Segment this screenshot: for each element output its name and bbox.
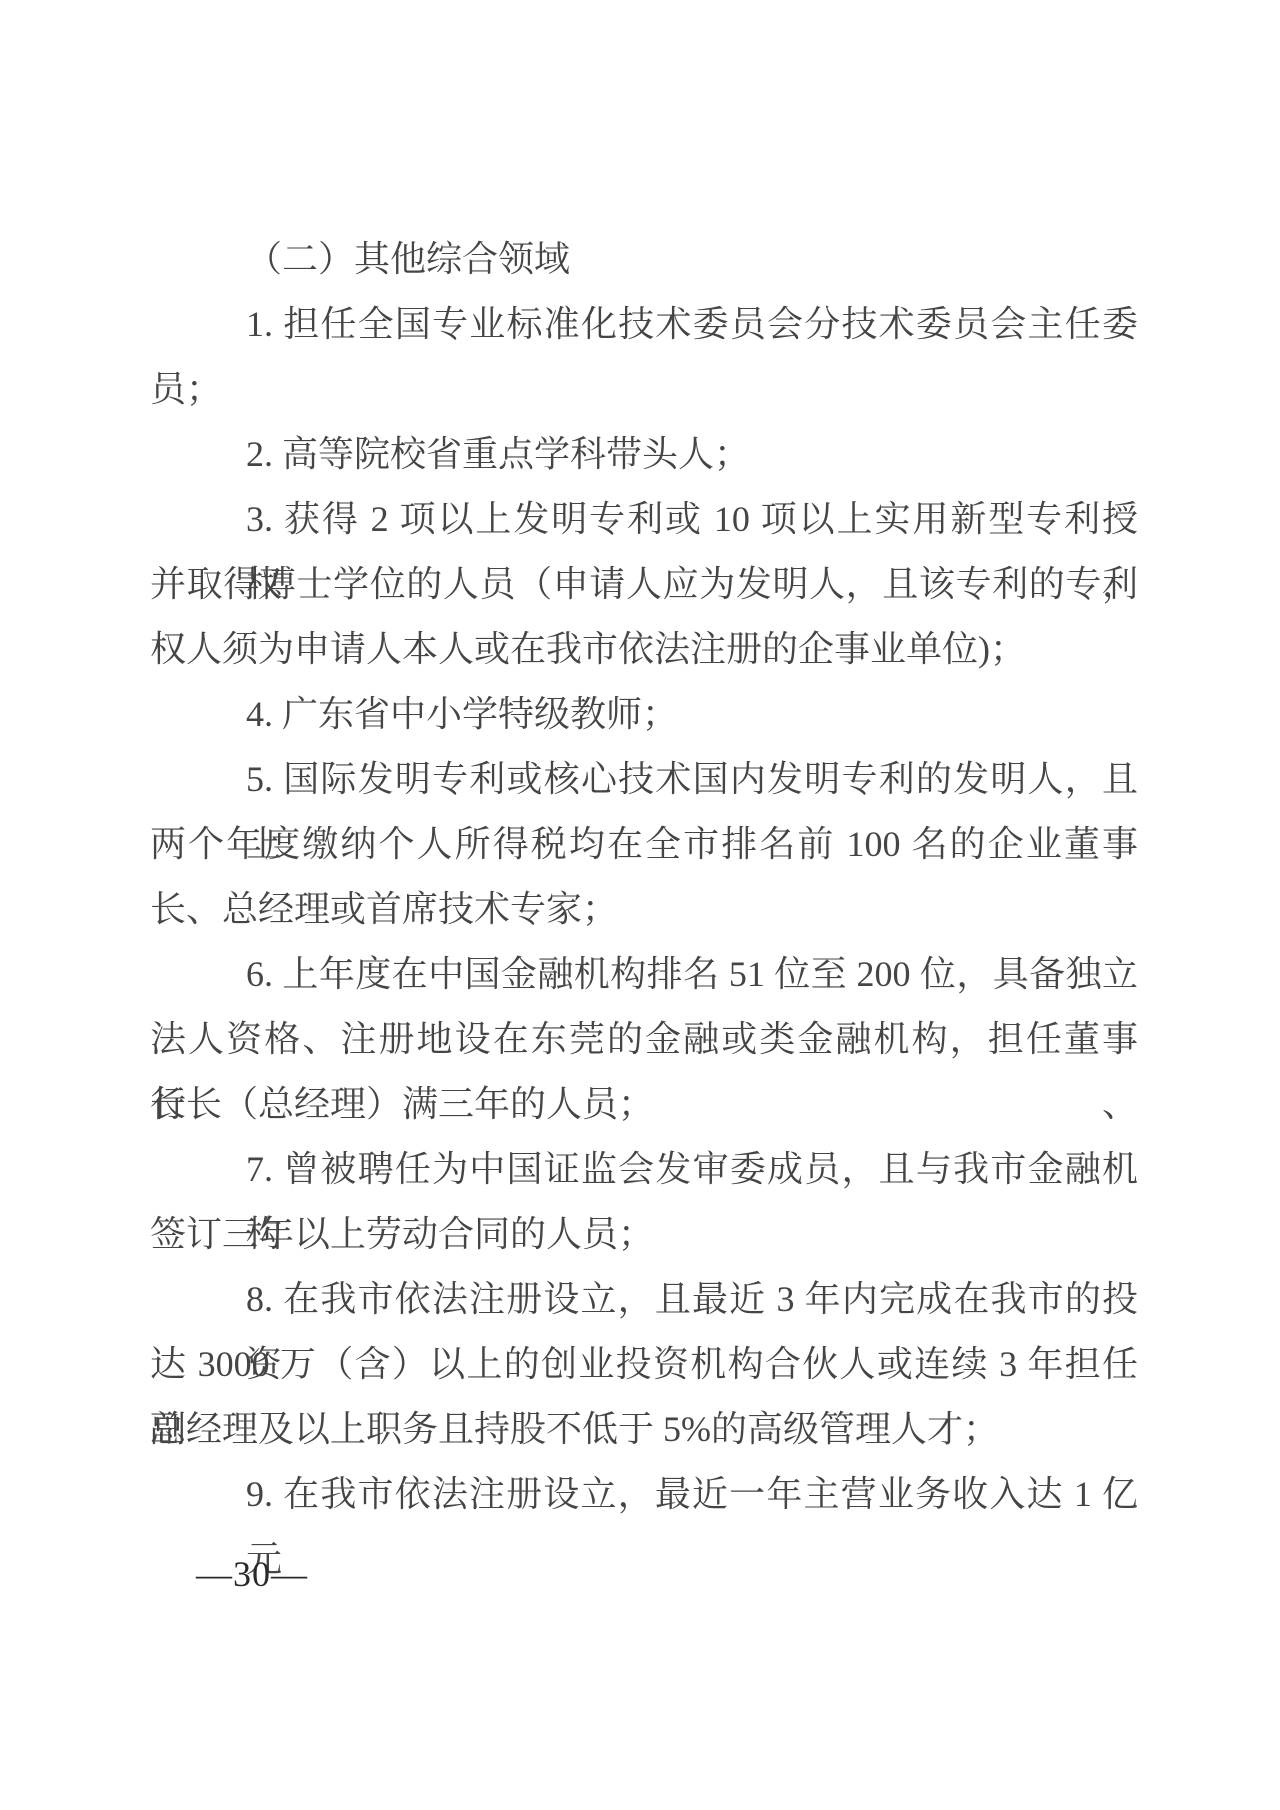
page-number: —30— bbox=[196, 1553, 308, 1595]
clause-3-line-3: 权人须为申请人本人或在我市依法注册的企事业单位)； bbox=[150, 617, 1138, 682]
document-page: （二）其他综合领域 1. 担任全国专业标准化技术委员会分技术委员会主任委 员； … bbox=[0, 0, 1280, 1810]
clause-5-line-1: 5. 国际发明专利或核心技术国内发明专利的发明人，且上 bbox=[150, 747, 1138, 812]
clause-7-line-1: 7. 曾被聘任为中国证监会发审委成员，且与我市金融机构 bbox=[150, 1137, 1138, 1202]
clause-8-line-1: 8. 在我市依法注册设立，且最近 3 年内完成在我市的投资 bbox=[150, 1267, 1138, 1332]
clause-6-line-2: 法人资格、注册地设在东莞的金融或类金融机构，担任董事长、 bbox=[150, 1007, 1138, 1072]
clause-7-line-2: 签订三年以上劳动合同的人员； bbox=[150, 1202, 1138, 1267]
clause-1-line-1: 1. 担任全国专业标准化技术委员会分技术委员会主任委 bbox=[150, 292, 1138, 357]
clause-2-line-1: 2. 高等院校省重点学科带头人； bbox=[150, 422, 1138, 487]
clause-3-line-2: 并取得博士学位的人员（申请人应为发明人，且该专利的专利 bbox=[150, 552, 1138, 617]
clause-9-line-1: 9. 在我市依法注册设立，最近一年主营业务收入达 1 亿元 bbox=[150, 1462, 1138, 1527]
clause-4-line-1: 4. 广东省中小学特级教师； bbox=[150, 682, 1138, 747]
clause-5-line-3: 长、总经理或首席技术专家； bbox=[150, 877, 1138, 942]
section-heading: （二）其他综合领域 bbox=[150, 227, 1138, 292]
document-body: （二）其他综合领域 1. 担任全国专业标准化技术委员会分技术委员会主任委 员； … bbox=[150, 227, 1138, 1527]
clause-8-line-3: 总经理及以上职务且持股不低于 5%的高级管理人才； bbox=[150, 1397, 1138, 1462]
clause-6-line-1: 6. 上年度在中国金融机构排名 51 位至 200 位，具备独立 bbox=[150, 942, 1138, 1007]
clause-8-line-2: 达 3000 万（含）以上的创业投资机构合伙人或连续 3 年担任副 bbox=[150, 1332, 1138, 1397]
clause-3-line-1: 3. 获得 2 项以上发明专利或 10 项以上实用新型专利授权， bbox=[150, 487, 1138, 552]
clause-1-line-2: 员； bbox=[150, 357, 1138, 422]
clause-5-line-2: 两个年度缴纳个人所得税均在全市排名前 100 名的企业董事 bbox=[150, 812, 1138, 877]
